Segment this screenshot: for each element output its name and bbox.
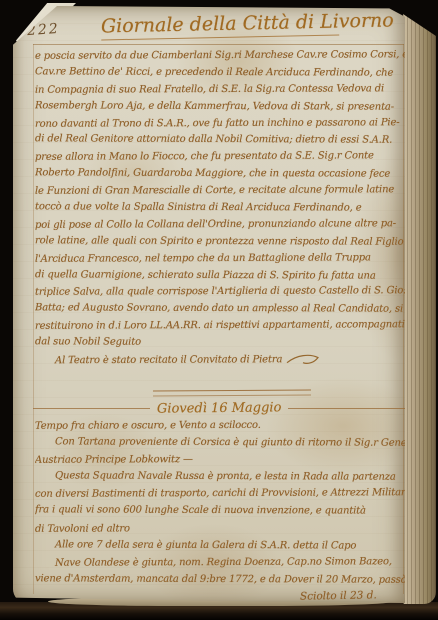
manuscript-line: Cav.re Bettino de' Ricci, e precedendo i…: [35, 66, 407, 84]
manuscript-line: in Compagnia di suo Real Fratello, di S.…: [35, 83, 407, 102]
manuscript-line: Roberto Pandolfini, Guardaroba Maggiore,…: [35, 168, 407, 186]
manuscript-line: e poscia servito da due Ciamberlani Sig.…: [35, 50, 407, 68]
manuscript-line: di quella Guarnigione, schierato sulla P…: [35, 269, 407, 287]
manuscript-line: di del Real Genitore attorniato dalla No…: [35, 134, 407, 152]
date-rule-right: [288, 408, 405, 409]
book-fore-edge: [403, 12, 436, 604]
manuscript-line: Alle ore 7 della sera è giunta la Galera…: [35, 539, 407, 558]
manuscript-line: di Tavoloni ed altro: [35, 522, 407, 541]
manuscript-page: 222 Giornale della Città di Livorno e po…: [13, 6, 405, 603]
entry-first-paragraph: e poscia servito da due Ciamberlani Sig.…: [35, 50, 407, 371]
theater-note-text: Al Teatro è stato recitato il Convitato …: [55, 354, 282, 366]
manuscript-line: Batta; ed Augusto Sovrano, avendo dato u…: [35, 303, 407, 321]
date-rule-left: [33, 408, 150, 409]
manuscript-line: restituirono in d.i Loro LL.AA.RR. ai ri…: [35, 319, 407, 338]
catchword-note: Sciolto il 23 d.: [300, 589, 377, 602]
manuscript-line: l'Arciduca Francesco, nel tempo che da u…: [35, 252, 407, 271]
manuscript-line: le Funzioni di Gran Marescialle di Corte…: [35, 184, 407, 203]
flourish-icon: [286, 354, 320, 366]
date-heading-row: Giovedì 16 Maggio: [33, 401, 405, 416]
manuscript-line: dal suo Nobil Seguito: [35, 336, 407, 354]
theater-note-line: Al Teatro è stato recitato il Convitato …: [35, 353, 407, 371]
manuscript-line: role latine, alle quali con Spirito e pr…: [35, 235, 407, 253]
manuscript-line: con diversi Bastimenti di trasporto, car…: [35, 488, 407, 507]
manuscript-line: Austriaco Principe Lobkowitz —: [35, 453, 407, 472]
manuscript-line: prese allora in Mano lo Fiocco, che fu p…: [35, 151, 407, 170]
manuscript-line: Con Tartana proveniente di Corsica è qui…: [35, 436, 407, 455]
margin-rule-left: [33, 44, 34, 594]
section-divider: [153, 389, 311, 396]
manuscript-line: triplice Salva, alla quale corrispose l'…: [35, 286, 407, 305]
entry-second-paragraph: Tempo fra chiaro e oscuro, e Vento a sci…: [35, 420, 407, 591]
page-title: Giornale della Città di Livorno: [101, 11, 339, 41]
manuscript-line: toccò a due volte la Spalla Sinistra di …: [35, 201, 407, 219]
margin-rule-top: [33, 44, 404, 45]
date-heading: Giovedì 16 Maggio: [157, 400, 282, 416]
manuscript-line: Rosembergh Loro Aja, e della Kammerfrau,…: [35, 100, 407, 118]
manuscript-line: rono davanti al Trono di S.A.R., ove fu …: [35, 117, 407, 136]
manuscript-line: Tempo fra chiaro e oscuro, e Vento a sci…: [35, 420, 407, 438]
manuscript-photo: 222 Giornale della Città di Livorno e po…: [0, 0, 438, 620]
manuscript-line: Questa Squadra Navale Russa è pronta, e …: [35, 471, 407, 490]
manuscript-line: poi gli pose al Collo la Collana dell'Or…: [35, 218, 407, 237]
manuscript-line: Nave Olandese è giunta, nom. Regina Doen…: [35, 556, 407, 575]
manuscript-line: viene d'Amsterdam, mancata dal 9:bre 177…: [35, 573, 407, 591]
manuscript-line: fra i quali vi sono 600 lunghe Scale di …: [35, 505, 407, 524]
